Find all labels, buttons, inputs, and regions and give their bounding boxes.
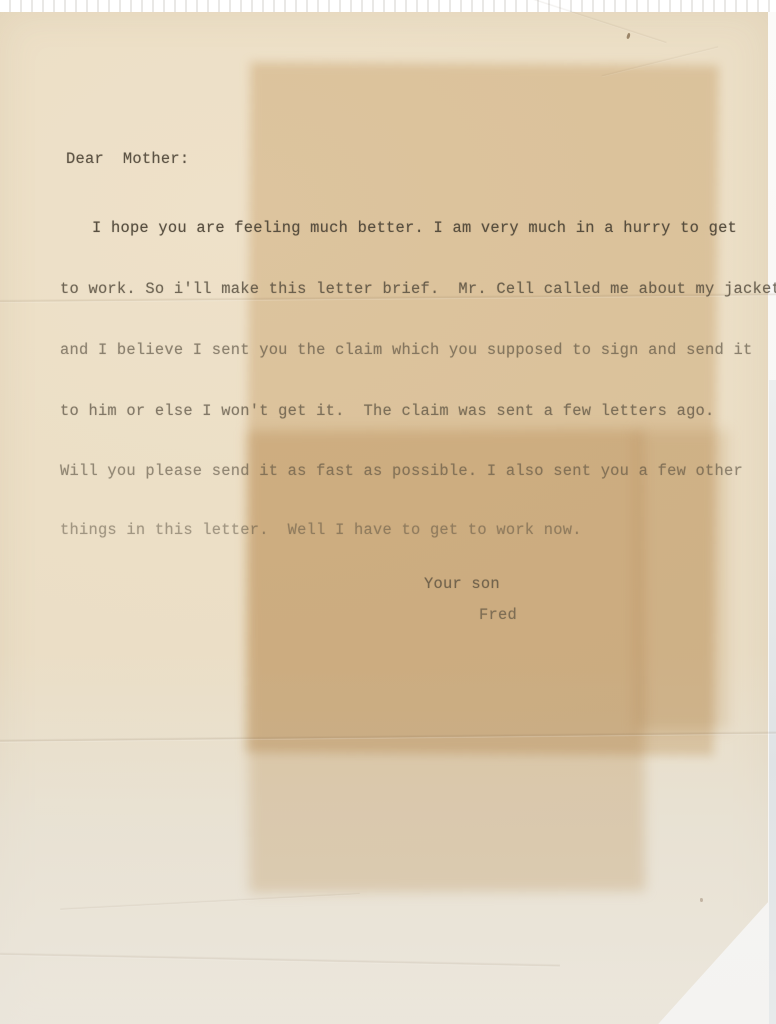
letter-body-line: I hope you are feeling much better. I am… bbox=[92, 219, 737, 237]
letter-signature: Fred bbox=[479, 606, 517, 624]
scanned-letter-page: Dear Mother: I hope you are feeling much… bbox=[0, 0, 776, 1024]
letter-body-line: Will you please send it as fast as possi… bbox=[60, 462, 743, 480]
letter-body-line: and I believe I sent you the claim which… bbox=[60, 341, 752, 359]
letter-closing: Your son bbox=[424, 575, 500, 593]
paper-stain bbox=[247, 429, 645, 893]
letter-body-line: to work. So i'll make this letter brief.… bbox=[60, 280, 776, 298]
scanner-bed-strip bbox=[769, 380, 776, 1024]
paper-speck bbox=[700, 898, 703, 902]
letter-body-line: to him or else I won't get it. The claim… bbox=[60, 402, 715, 420]
letter-salutation: Dear Mother: bbox=[66, 150, 189, 168]
letter-body-line: things in this letter. Well I have to ge… bbox=[60, 521, 582, 539]
scanner-perforated-edge bbox=[0, 0, 776, 12]
